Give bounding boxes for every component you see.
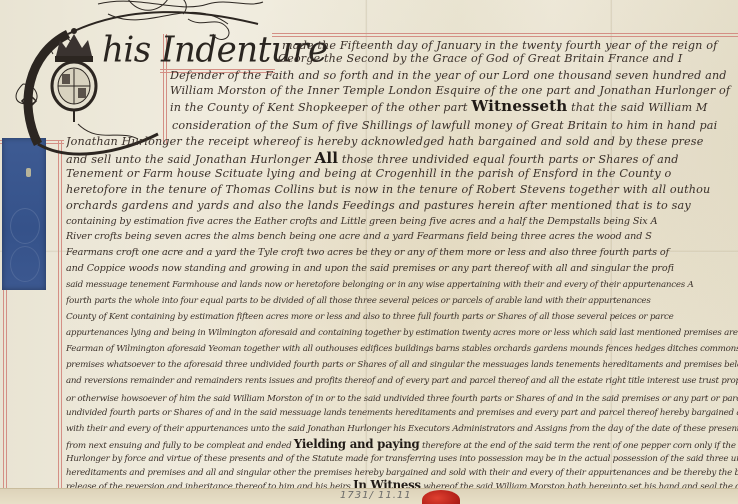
text-line-7: Jonathan Hurlonger the receipt whereof i… <box>66 135 738 149</box>
ruling-line-top <box>272 36 738 37</box>
text-line-6: consideration of the Sum of five Shillin… <box>172 119 738 133</box>
text-segment: and sell unto the said Jonathan Hurlonge… <box>66 153 311 166</box>
stamp-spot <box>26 168 31 177</box>
stamp-emboss <box>10 246 40 282</box>
text-line-17: fourth parts the whole into four equal p… <box>66 294 738 308</box>
text-segment: from next ensuing and fully to be comple… <box>66 441 291 451</box>
stamp-emboss <box>10 208 40 244</box>
text-segment: in the County of Kent Shopkeeper of the … <box>170 101 468 114</box>
ruling-margin-line <box>61 140 62 504</box>
text-line-14: Fearmans croft one acre and a yard the T… <box>66 246 738 260</box>
red-wax-seal <box>422 490 460 504</box>
text-line-25: with their and every of their appurtenan… <box>66 422 738 436</box>
text-line-13: River crofts being seven acres the alms … <box>66 230 738 244</box>
text-segment: or otherwise howsoever of him the said W… <box>66 394 738 404</box>
text-line-23: or otherwise howsoever of him the said W… <box>66 390 738 406</box>
pencil-annotation: 1731/ 11.11 <box>340 490 412 501</box>
text-line-11: orchards gardens and yards and also the … <box>66 199 738 213</box>
text-line-12: containing by estimation five acres the … <box>66 215 738 229</box>
ruling-margin-line <box>58 140 59 504</box>
text-line-9: Tenement or Farm house Scituate lying an… <box>66 167 738 181</box>
text-line-27: Hurlonger by force and virtue of these p… <box>66 452 738 466</box>
text-line-10: heretofore in the tenure of Thomas Colli… <box>66 183 738 197</box>
witnesseth-word: Witnesseth <box>471 99 567 115</box>
text-line-26: from next ensuing and fully to be comple… <box>66 437 738 453</box>
text-line-3: Defender of the Faith and so forth and i… <box>170 69 738 83</box>
text-line-21: premises whatsoever to the aforesaid thr… <box>66 358 738 372</box>
yielding-paying-words: Yielding and paying <box>294 437 420 451</box>
text-line-16: said messuage tenement Farmhouse and lan… <box>66 278 738 292</box>
text-line-15: and Coppice woods now standing and growi… <box>66 262 738 276</box>
text-line-1: made the Fifteenth day of January in the… <box>282 39 738 53</box>
text-segment: therefore at the end of the said term th… <box>422 441 738 451</box>
text-line-24: undivided fourth parts or Shares of and … <box>66 406 738 420</box>
text-line-20: Fearman of Wilmington aforesaid Yeoman t… <box>66 342 738 356</box>
text-line-18: County of Kent containing by estimation … <box>66 310 738 324</box>
text-line-2: George the Second by the Grace of God of… <box>278 52 738 66</box>
ruling-line-top <box>272 33 738 34</box>
text-line-22: and reversions remainder and remainders … <box>66 374 738 388</box>
text-line-19: appurtenances lying and being in Wilming… <box>66 326 738 340</box>
text-segment: that the said William M <box>571 101 707 114</box>
text-line-4: William Morston of the Inner Temple Lond… <box>170 84 738 98</box>
text-line-8: and sell unto the said Jonathan Hurlonge… <box>66 151 738 167</box>
text-line-5: in the County of Kent Shopkeeper of the … <box>170 99 738 115</box>
all-word: All <box>315 151 339 167</box>
text-segment: those three undivided equal fourth parts… <box>342 153 679 166</box>
